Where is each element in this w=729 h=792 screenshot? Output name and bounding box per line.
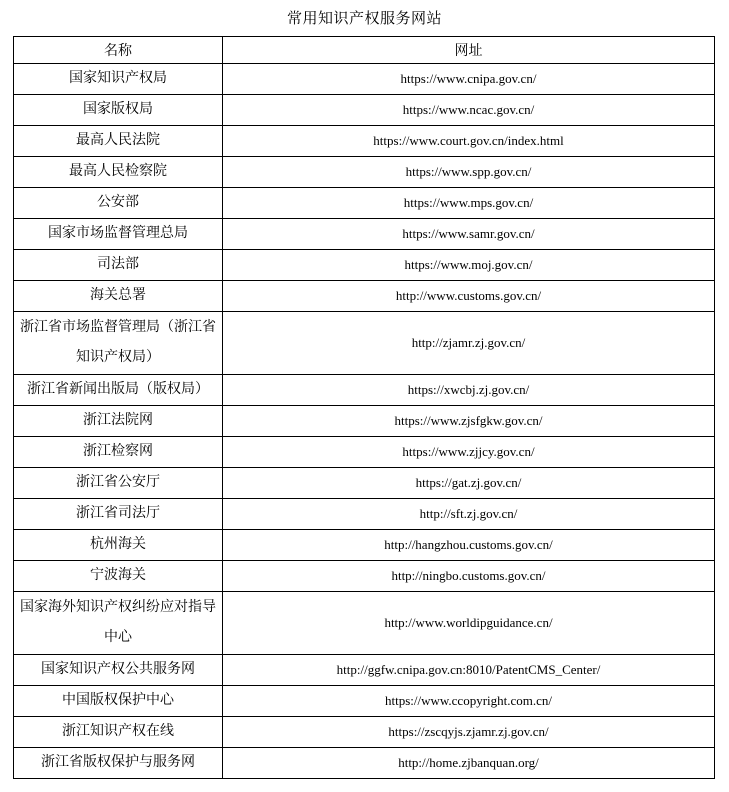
- table-row: 杭州海关 http://hangzhou.customs.gov.cn/: [14, 530, 715, 561]
- table-row: 浙江省新闻出版局（版权局） https://xwcbj.zj.gov.cn/: [14, 375, 715, 406]
- url-cell: https://www.zjsfgkw.gov.cn/: [223, 406, 715, 437]
- url-cell: https://www.zjjcy.gov.cn/: [223, 437, 715, 468]
- table-row: 公安部 https://www.mps.gov.cn/: [14, 188, 715, 219]
- url-cell: https://gat.zj.gov.cn/: [223, 468, 715, 499]
- table-row: 国家海外知识产权纠纷应对指导中心 http://www.worldipguida…: [14, 592, 715, 655]
- url-cell: https://www.mps.gov.cn/: [223, 188, 715, 219]
- table-row: 国家版权局 https://www.ncac.gov.cn/: [14, 95, 715, 126]
- url-cell: https://www.cnipa.gov.cn/: [223, 64, 715, 95]
- table-row: 国家知识产权公共服务网 http://ggfw.cnipa.gov.cn:801…: [14, 655, 715, 686]
- table-row: 浙江省版权保护与服务网 http://home.zjbanquan.org/: [14, 748, 715, 779]
- name-cell: 中国版权保护中心: [14, 686, 223, 717]
- table-body: 国家知识产权局 https://www.cnipa.gov.cn/ 国家版权局 …: [14, 64, 715, 779]
- name-cell: 杭州海关: [14, 530, 223, 561]
- header-row: 名称 网址: [14, 37, 715, 64]
- url-cell: http://hangzhou.customs.gov.cn/: [223, 530, 715, 561]
- url-cell: https://xwcbj.zj.gov.cn/: [223, 375, 715, 406]
- url-cell: https://zscqyjs.zjamr.zj.gov.cn/: [223, 717, 715, 748]
- header-url: 网址: [223, 37, 715, 64]
- table-row: 海关总署 http://www.customs.gov.cn/: [14, 281, 715, 312]
- table-row: 浙江检察网 https://www.zjjcy.gov.cn/: [14, 437, 715, 468]
- header-name: 名称: [14, 37, 223, 64]
- table-row: 浙江知识产权在线 https://zscqyjs.zjamr.zj.gov.cn…: [14, 717, 715, 748]
- ip-websites-table: 名称 网址 国家知识产权局 https://www.cnipa.gov.cn/ …: [13, 36, 715, 779]
- url-cell: https://www.moj.gov.cn/: [223, 250, 715, 281]
- url-cell: http://zjamr.zj.gov.cn/: [223, 312, 715, 375]
- name-cell: 浙江省新闻出版局（版权局）: [14, 375, 223, 406]
- name-cell: 浙江省司法厅: [14, 499, 223, 530]
- url-cell: https://www.spp.gov.cn/: [223, 157, 715, 188]
- name-cell: 国家知识产权公共服务网: [14, 655, 223, 686]
- table-row: 宁波海关 http://ningbo.customs.gov.cn/: [14, 561, 715, 592]
- name-cell: 司法部: [14, 250, 223, 281]
- name-cell: 浙江省公安厅: [14, 468, 223, 499]
- table-header: 名称 网址: [14, 37, 715, 64]
- name-cell: 最高人民检察院: [14, 157, 223, 188]
- name-cell: 公安部: [14, 188, 223, 219]
- table-row: 国家市场监督管理总局 https://www.samr.gov.cn/: [14, 219, 715, 250]
- table-row: 国家知识产权局 https://www.cnipa.gov.cn/: [14, 64, 715, 95]
- url-cell: https://www.samr.gov.cn/: [223, 219, 715, 250]
- name-cell: 国家版权局: [14, 95, 223, 126]
- name-cell: 浙江法院网: [14, 406, 223, 437]
- table-row: 浙江省市场监督管理局（浙江省知识产权局） http://zjamr.zj.gov…: [14, 312, 715, 375]
- url-cell: https://www.court.gov.cn/index.html: [223, 126, 715, 157]
- name-cell: 国家知识产权局: [14, 64, 223, 95]
- url-cell: http://www.customs.gov.cn/: [223, 281, 715, 312]
- url-cell: http://sft.zj.gov.cn/: [223, 499, 715, 530]
- url-cell: http://ningbo.customs.gov.cn/: [223, 561, 715, 592]
- table-row: 浙江省公安厅 https://gat.zj.gov.cn/: [14, 468, 715, 499]
- name-cell: 海关总署: [14, 281, 223, 312]
- document-title: 常用知识产权服务网站: [0, 0, 729, 28]
- url-cell: http://home.zjbanquan.org/: [223, 748, 715, 779]
- table-row: 浙江法院网 https://www.zjsfgkw.gov.cn/: [14, 406, 715, 437]
- url-cell: http://ggfw.cnipa.gov.cn:8010/PatentCMS_…: [223, 655, 715, 686]
- name-cell: 浙江省市场监督管理局（浙江省知识产权局）: [14, 312, 223, 375]
- name-cell: 浙江检察网: [14, 437, 223, 468]
- table-row: 最高人民法院 https://www.court.gov.cn/index.ht…: [14, 126, 715, 157]
- name-cell: 浙江省版权保护与服务网: [14, 748, 223, 779]
- url-cell: https://www.ncac.gov.cn/: [223, 95, 715, 126]
- table-row: 最高人民检察院 https://www.spp.gov.cn/: [14, 157, 715, 188]
- name-cell: 最高人民法院: [14, 126, 223, 157]
- url-cell: https://www.ccopyright.com.cn/: [223, 686, 715, 717]
- url-cell: http://www.worldipguidance.cn/: [223, 592, 715, 655]
- name-cell: 宁波海关: [14, 561, 223, 592]
- document-page: 常用知识产权服务网站 名称 网址 国家知识产权局 https://www.cni…: [0, 0, 729, 792]
- name-cell: 国家市场监督管理总局: [14, 219, 223, 250]
- table-row: 中国版权保护中心 https://www.ccopyright.com.cn/: [14, 686, 715, 717]
- name-cell: 浙江知识产权在线: [14, 717, 223, 748]
- table-row: 司法部 https://www.moj.gov.cn/: [14, 250, 715, 281]
- table-row: 浙江省司法厅 http://sft.zj.gov.cn/: [14, 499, 715, 530]
- name-cell: 国家海外知识产权纠纷应对指导中心: [14, 592, 223, 655]
